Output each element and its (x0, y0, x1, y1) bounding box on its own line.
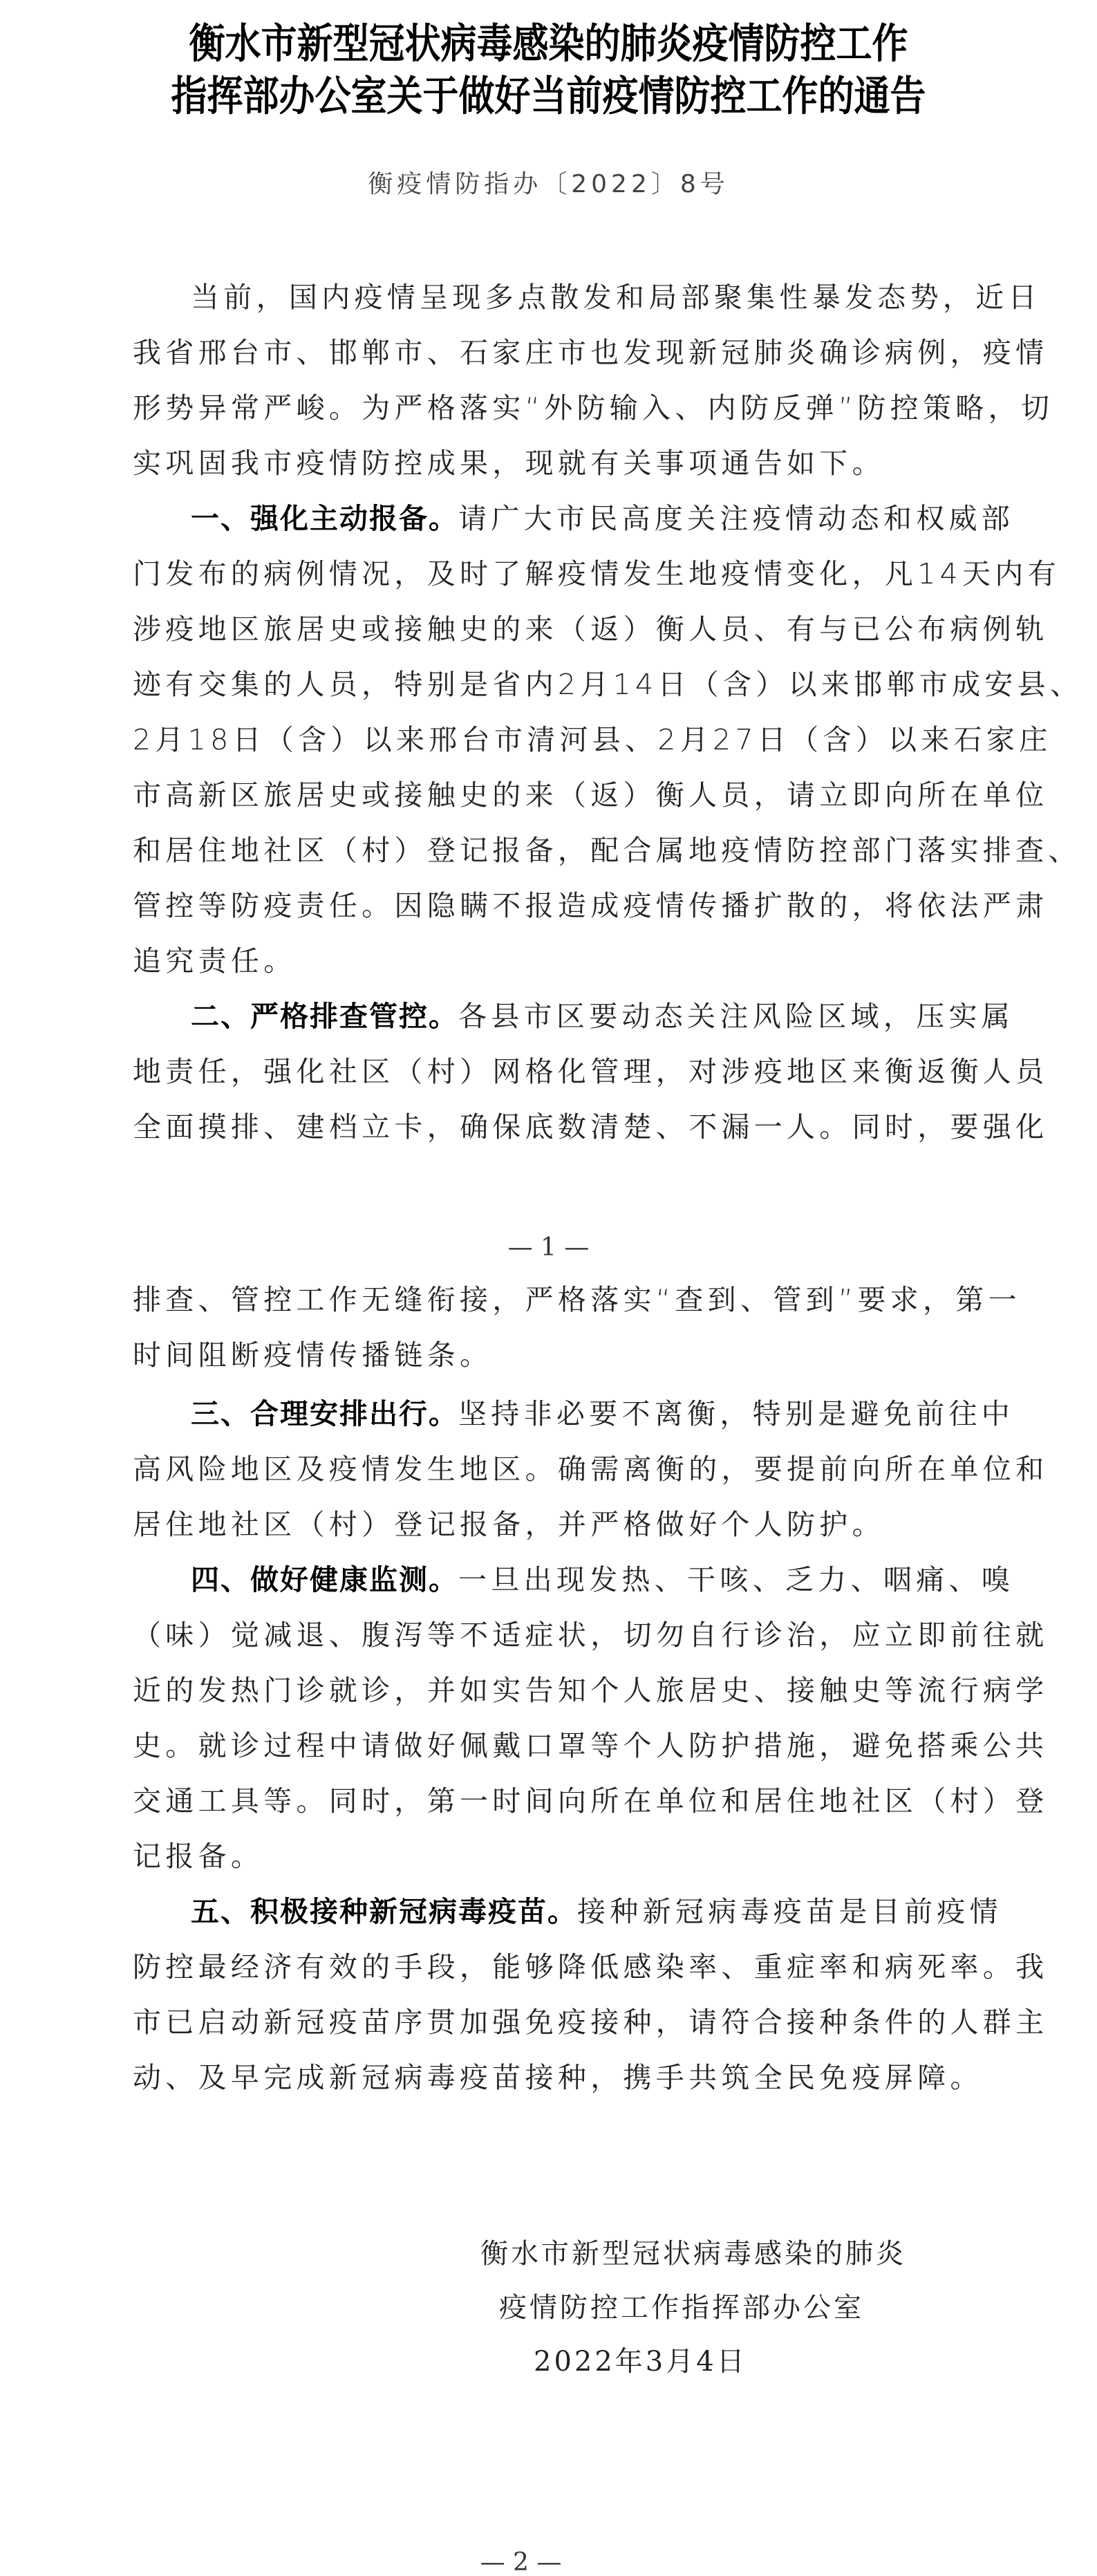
section-line: 地责任，强化社区（村）网格化管理，对涉疫地区来衡返衡人员 (133, 1051, 969, 1092)
section-heading: 一、强化主动报备。 (191, 502, 458, 535)
section-1-first-line: 一、强化主动报备。请广大市民高度关注疫情动态和权威部 (191, 498, 969, 539)
section-line: 居住地社区（村）登记报备，并严格做好个人防护。 (133, 1504, 969, 1545)
section-text: 各县市区要动态关注风险区域，压实属 (458, 1000, 1014, 1033)
section-heading: 三、合理安排出行。 (191, 1397, 458, 1430)
section-line: 史。就诊过程中请做好佩戴口罩等个人防护措施，避免搭乘公共 (133, 1725, 969, 1766)
section-heading: 四、做好健康监测。 (191, 1563, 458, 1596)
signature-org-line-1: 衡水市新型冠状病毒感染的肺炎 (480, 2232, 906, 2271)
section-line: 管控等防疫责任。因隐瞒不报造成疫情传播扩散的，将依法严肃 (133, 885, 969, 926)
page-number: — 1 — (0, 1233, 1097, 1262)
section-5-first-line: 五、积极接种新冠病毒疫苗。接种新冠病毒疫苗是目前疫情 (191, 1891, 969, 1932)
section-line: 全面摸排、建档立卡，确保底数清楚、不漏一人。同时，要强化 (133, 1106, 969, 1148)
section-2-first-line: 二、严格排查管控。各县市区要动态关注风险区域，压实属 (191, 996, 969, 1037)
section-line: 涉疫地区旅居史或接触史的来（返）衡人员、有与已公布病例轨 (133, 608, 969, 650)
section-line: 交通工具等。同时，第一时间向所在单位和居住地社区（村）登 (133, 1780, 969, 1822)
section-text: 请广大市民高度关注疫情动态和权威部 (458, 502, 1014, 535)
section-line: 2月18日（含）以来邢台市清河县、2月27日（含）以来石家庄 (133, 719, 969, 760)
document-number: 衡疫情防指办〔2022〕8号 (0, 165, 1097, 200)
section-3-first-line: 三、合理安排出行。坚持非必要不离衡，特别是避免前往中 (191, 1393, 969, 1435)
page-number: — 2 — (0, 2548, 1069, 2576)
section-text: 一旦出现发热、干咳、乏力、咽痛、嗅 (458, 1563, 1014, 1596)
document-title-line-1: 衡水市新型冠状病毒感染的肺炎疫情防控工作 (0, 10, 1097, 69)
section-text: 接种新冠病毒疫苗是目前疫情 (577, 1895, 1002, 1928)
section-line: 防控最经济有效的手段，能够降低感染率、重症率和病死率。我 (133, 1946, 969, 1988)
signature-date: 2022年3月4日 (534, 2340, 747, 2379)
section-line: 近的发热门诊就诊，并如实告知个人旅居史、接触史等流行病学 (133, 1670, 969, 1711)
section-4-first-line: 四、做好健康监测。一旦出现发热、干咳、乏力、咽痛、嗅 (191, 1559, 969, 1600)
section-line: 高风险地区及疫情发生地区。确需离衡的，要提前向所在单位和 (133, 1448, 969, 1490)
intro-line: 形势异常严峻。为严格落实“外防输入、内防反弹”防控策略，切 (133, 387, 969, 429)
section-line: 时间阻断疫情传播链条。 (133, 1334, 969, 1376)
section-text: 坚持非必要不离衡，特别是避免前往中 (458, 1397, 1014, 1430)
document-title-line-2: 指挥部办公室关于做好当前疫情防控工作的通告 (0, 62, 1097, 122)
signature-org-line-2: 疫情防控工作指挥部办公室 (499, 2286, 864, 2325)
intro-line: 实巩固我市疫情防控成果，现就有关事项通告如下。 (133, 442, 969, 484)
section-line: 市已启动新冠疫苗序贯加强免疫接种，请符合接种条件的人群主 (133, 2001, 969, 2043)
section-line: 市高新区旅居史或接触史的来（返）衡人员，请立即向所在单位 (133, 774, 969, 816)
section-line: 追究责任。 (133, 940, 969, 982)
section-heading: 二、严格排查管控。 (191, 1000, 458, 1033)
section-line: 排查、管控工作无缝衔接，严格落实“查到、管到”要求，第一 (133, 1279, 969, 1320)
section-heading: 五、积极接种新冠病毒疫苗。 (191, 1895, 577, 1928)
section-line: 记报备。 (133, 1836, 969, 1877)
section-line: 迹有交集的人员，特别是省内2月14日（含）以来邯郸市成安县、 (133, 664, 969, 705)
intro-line: 当前，国内疫情呈现多点散发和局部聚集性暴发态势，近日 (191, 277, 969, 318)
section-line: 门发布的病例情况，及时了解疫情发生地疫情变化，凡14天内有 (133, 553, 969, 595)
section-line: （味）觉减退、腹泻等不适症状，切勿自行诊治，应立即前往就 (133, 1614, 969, 1656)
section-line: 动、及早完成新冠病毒疫苗接种，携手共筑全民免疫屏障。 (133, 2057, 969, 2098)
intro-line: 我省邢台市、邯郸市、石家庄市也发现新冠肺炎确诊病例，疫情 (133, 332, 969, 373)
section-line: 和居住地社区（村）登记报备，配合属地疫情防控部门落实排查、 (133, 830, 969, 871)
